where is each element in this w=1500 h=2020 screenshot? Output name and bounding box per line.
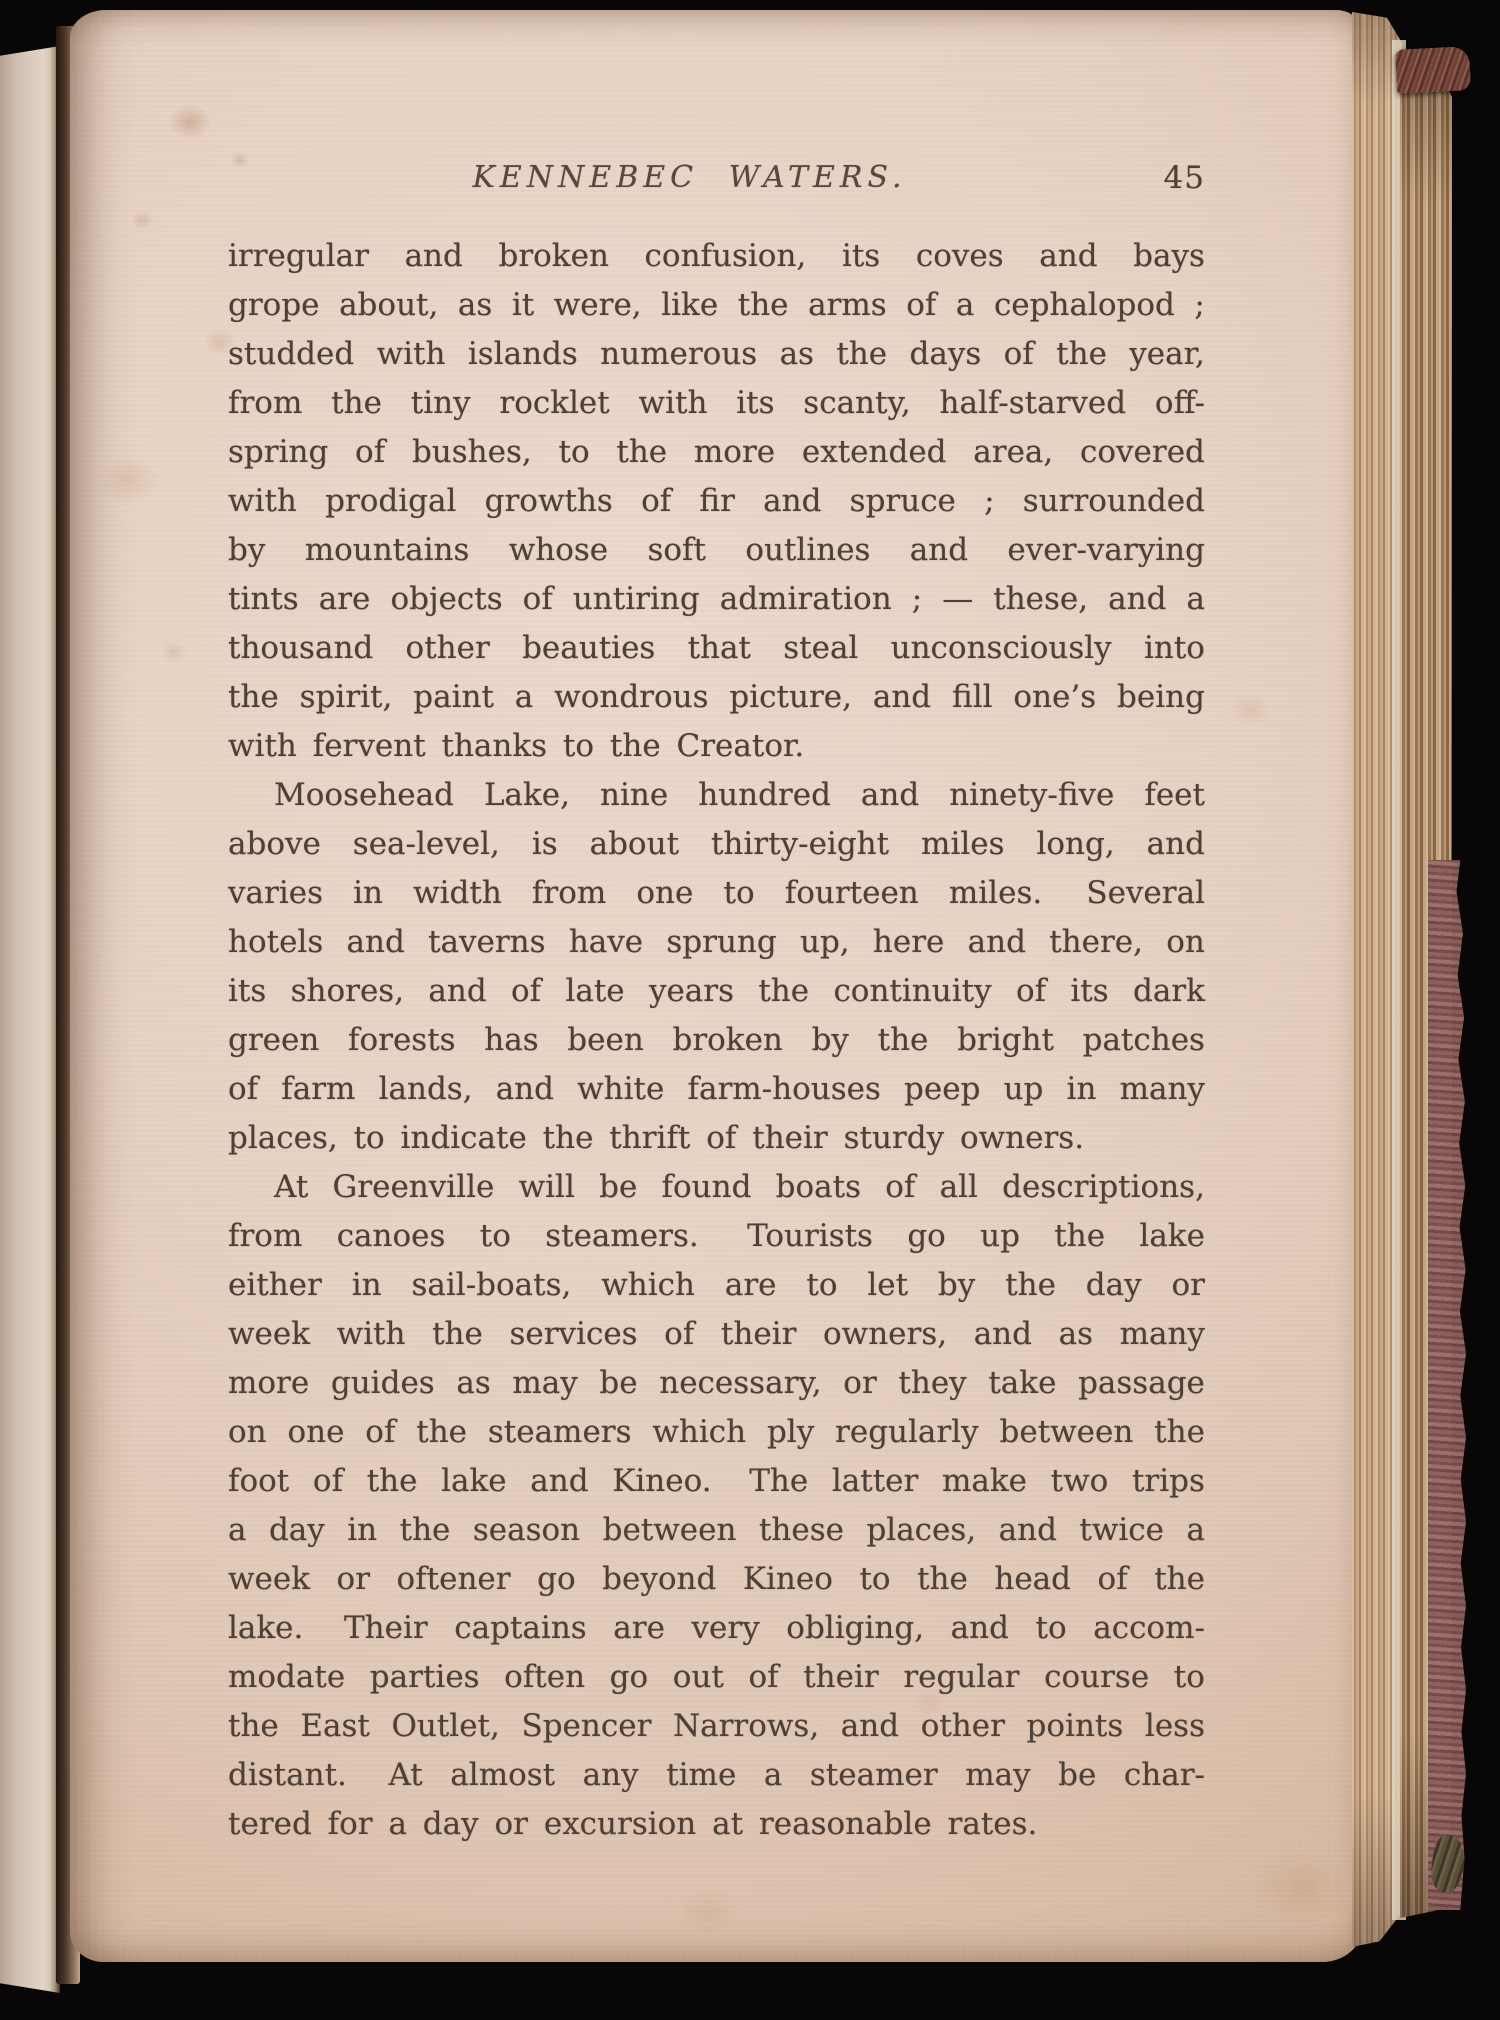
- text-line: tered for a day or excursion at reasonab…: [228, 1800, 1205, 1849]
- word: in: [353, 869, 383, 918]
- word: and: [861, 771, 919, 820]
- facing-page-edge: [0, 46, 60, 1993]
- word: like: [661, 281, 718, 330]
- word: obliging,: [786, 1604, 924, 1653]
- word: between: [1000, 1408, 1134, 1457]
- word: of: [228, 1065, 258, 1114]
- word: taverns: [428, 918, 546, 967]
- word: to: [1036, 1604, 1067, 1653]
- word: year,: [1129, 330, 1205, 379]
- word: week: [228, 1555, 310, 1604]
- text-line: gropeabout,asitwere,likethearmsofacephal…: [228, 281, 1205, 330]
- text-line: greenforestshasbeenbrokenbythebrightpatc…: [228, 1016, 1205, 1065]
- word: into: [1144, 624, 1205, 673]
- word: were,: [554, 281, 642, 330]
- word: nine: [600, 771, 668, 820]
- word: Kineo: [743, 1555, 833, 1604]
- word: Lake,: [484, 771, 570, 820]
- word: of: [1004, 330, 1034, 379]
- word: take: [988, 1359, 1056, 1408]
- word: At: [388, 1751, 422, 1800]
- word: of: [313, 1457, 343, 1506]
- text-line: eitherinsail-boats,whicharetoletbytheday…: [228, 1261, 1205, 1310]
- word: the: [1154, 1555, 1205, 1604]
- word: are: [725, 1261, 777, 1310]
- word: more: [694, 428, 775, 477]
- word: passage: [1078, 1359, 1205, 1408]
- word: out: [673, 1653, 724, 1702]
- word: the: [878, 1016, 929, 1065]
- word: may: [512, 1359, 577, 1408]
- word: paint: [413, 673, 494, 722]
- text-line: thespirit,paintawondrouspicture,andfillo…: [228, 673, 1205, 722]
- word: the: [616, 428, 667, 477]
- word: or: [843, 1359, 876, 1408]
- word: rocklet: [499, 379, 609, 428]
- word: parties: [370, 1653, 480, 1702]
- word: confusion,: [645, 232, 807, 281]
- word: between: [603, 1506, 737, 1555]
- word: lake: [441, 1457, 507, 1506]
- word: to: [558, 428, 589, 477]
- word: Narrows,: [673, 1702, 819, 1751]
- word: from: [228, 1212, 302, 1261]
- word: one: [636, 869, 693, 918]
- word: be: [599, 1359, 637, 1408]
- word: these,: [993, 575, 1088, 624]
- word: days: [910, 330, 982, 379]
- word: the: [432, 1310, 483, 1359]
- word: may: [965, 1751, 1030, 1800]
- word: the: [738, 281, 789, 330]
- word: its: [1070, 967, 1108, 1016]
- word: by: [812, 1016, 849, 1065]
- word: a: [956, 281, 974, 330]
- word: fill: [952, 673, 993, 722]
- word: services: [509, 1310, 637, 1359]
- word: the: [228, 1702, 279, 1751]
- word: on: [228, 1408, 267, 1457]
- word: by: [938, 1261, 975, 1310]
- word: points: [1027, 1702, 1124, 1751]
- word: of: [355, 428, 385, 477]
- text-line: fromthetinyrockletwithitsscanty,half-sta…: [228, 379, 1205, 428]
- word: to: [806, 1261, 837, 1310]
- word: of: [641, 477, 671, 526]
- word: trips: [1132, 1457, 1205, 1506]
- text-line: lake.Theircaptainsareveryobliging,andtoa…: [228, 1604, 1205, 1653]
- word: and: [763, 477, 821, 526]
- word: and: [530, 1457, 588, 1506]
- word: lake: [1139, 1212, 1205, 1261]
- word: the: [416, 1408, 467, 1457]
- word: fir: [699, 477, 735, 526]
- word: with: [337, 1310, 406, 1359]
- word: of: [664, 1310, 694, 1359]
- word: and: [1108, 575, 1166, 624]
- word: two: [1051, 1457, 1109, 1506]
- word: East: [300, 1702, 369, 1751]
- word: Spencer: [521, 1702, 651, 1751]
- word: are: [319, 575, 371, 624]
- word: green: [228, 1016, 319, 1065]
- text-line: weekwiththeservicesoftheirowners,andasma…: [228, 1310, 1205, 1359]
- word: often: [504, 1653, 585, 1702]
- word: a: [515, 673, 533, 722]
- word: thousand: [228, 624, 373, 673]
- word: the: [367, 1457, 418, 1506]
- word: the: [331, 379, 382, 428]
- word: as: [456, 1359, 490, 1408]
- word: years: [649, 967, 734, 1016]
- word: places,: [866, 1506, 976, 1555]
- word: Greenville: [333, 1163, 495, 1212]
- word: and: [951, 1604, 1009, 1653]
- word: foot: [228, 1457, 289, 1506]
- word: extended: [802, 428, 947, 477]
- word: ;: [912, 575, 922, 624]
- word: other: [921, 1702, 1005, 1751]
- word: of: [1098, 1555, 1128, 1604]
- book-page: KENNEBEC WATERS. 45 irregularandbrokenco…: [70, 10, 1362, 1962]
- word: the: [1154, 1408, 1205, 1457]
- word: from: [532, 869, 606, 918]
- word: necessary,: [659, 1359, 821, 1408]
- word: with: [377, 330, 446, 379]
- word: here: [873, 918, 944, 967]
- word: fourteen: [785, 869, 919, 918]
- word: bays: [1133, 232, 1205, 281]
- text-line: studdedwithislandsnumerousasthedaysofthe…: [228, 330, 1205, 379]
- word: boats: [776, 1163, 861, 1212]
- word: a: [764, 1751, 782, 1800]
- word: lake.: [228, 1604, 303, 1653]
- word: their: [803, 1653, 879, 1702]
- word: with: [639, 379, 708, 428]
- word: up: [980, 1212, 1020, 1261]
- text-line: withprodigalgrowthsoffirandspruce;surrou…: [228, 477, 1205, 526]
- word: and: [999, 1506, 1057, 1555]
- word: and: [841, 1702, 899, 1751]
- word: ;: [1194, 281, 1204, 330]
- word: one’s: [1013, 673, 1096, 722]
- word: continuity: [833, 967, 991, 1016]
- word: on: [1166, 918, 1205, 967]
- word: tints: [228, 575, 299, 624]
- word: studded: [228, 330, 354, 379]
- word: either: [228, 1261, 322, 1310]
- word: that: [688, 624, 751, 673]
- word: and: [496, 1065, 554, 1114]
- text-line: itsshores,andoflateyearsthecontinuityofi…: [228, 967, 1205, 1016]
- word: miles.: [949, 869, 1042, 918]
- word: found: [662, 1163, 752, 1212]
- word: from: [228, 379, 302, 428]
- word: twice: [1079, 1506, 1164, 1555]
- word: the: [1056, 330, 1107, 379]
- word: and: [910, 526, 968, 575]
- word: of: [885, 1163, 915, 1212]
- running-head: KENNEBEC WATERS. 45: [228, 156, 1205, 200]
- word: its: [228, 967, 266, 1016]
- word: broken: [498, 232, 608, 281]
- word: steamers.: [545, 1212, 699, 1261]
- word: a: [1186, 1506, 1204, 1555]
- text-line: distant.Atalmostanytimeasteamermaybechar…: [228, 1751, 1205, 1800]
- text-line: abovesea-level,isaboutthirty-eightmilesl…: [228, 820, 1205, 869]
- word: oftener: [397, 1555, 511, 1604]
- word: to: [859, 1555, 890, 1604]
- word: to: [1174, 1653, 1205, 1702]
- word: sail-boats,: [411, 1261, 571, 1310]
- word: head: [994, 1555, 1071, 1604]
- word: islands: [468, 330, 578, 379]
- word: outlines: [745, 526, 870, 575]
- word: other: [406, 624, 490, 673]
- word: is: [532, 820, 558, 869]
- word: its: [842, 232, 880, 281]
- page-edges-highlight: [1392, 40, 1406, 1920]
- word: —: [942, 575, 973, 624]
- word: the: [836, 330, 887, 379]
- word: week: [228, 1310, 310, 1359]
- word: a: [1186, 575, 1204, 624]
- word: of: [365, 1408, 395, 1457]
- word: scanty,: [803, 379, 910, 428]
- word: the: [1005, 1261, 1056, 1310]
- word: shores,: [291, 967, 404, 1016]
- word: steamers: [488, 1408, 632, 1457]
- word: being: [1117, 673, 1205, 722]
- word: very: [692, 1604, 760, 1653]
- word: go: [907, 1212, 946, 1261]
- word: feet: [1144, 771, 1205, 820]
- book-cover-cloth-edge: [1428, 860, 1466, 1910]
- text-line: AtGreenvillewillbefoundboatsofalldescrip…: [228, 1163, 1205, 1212]
- word: and: [428, 967, 486, 1016]
- word: Outlet,: [391, 1702, 499, 1751]
- word: go: [537, 1555, 576, 1604]
- word: late: [565, 967, 624, 1016]
- word: any: [583, 1751, 639, 1800]
- word: many: [1120, 1065, 1205, 1114]
- word: patches: [1083, 1016, 1205, 1065]
- word: and: [968, 918, 1026, 967]
- word: forests: [348, 1016, 456, 1065]
- word: dark: [1133, 967, 1205, 1016]
- word: width: [413, 869, 502, 918]
- text-line: with fervent thanks to the Creator.: [228, 722, 1205, 771]
- text-line: offarmlands,andwhitefarm-housespeepupinm…: [228, 1065, 1205, 1114]
- word: let: [867, 1261, 908, 1310]
- word: of: [511, 967, 541, 1016]
- word: white: [577, 1065, 664, 1114]
- text-line: ononeofthesteamerswhichplyregularlybetwe…: [228, 1408, 1205, 1457]
- word: one: [287, 1408, 344, 1457]
- word: growths: [485, 477, 613, 526]
- running-head-title: KENNEBEC WATERS.: [228, 156, 1205, 200]
- word: or: [337, 1555, 370, 1604]
- word: be: [1058, 1751, 1096, 1800]
- word: At: [274, 1163, 308, 1212]
- word: long,: [1036, 820, 1114, 869]
- word: captains: [454, 1604, 586, 1653]
- word: of: [748, 1653, 778, 1702]
- word: whose: [509, 526, 608, 575]
- word: more: [228, 1359, 309, 1408]
- word: they: [898, 1359, 966, 1408]
- word: up: [1004, 1065, 1044, 1114]
- word: which: [601, 1261, 695, 1310]
- word: soft: [647, 526, 706, 575]
- word: ninety-five: [949, 771, 1114, 820]
- word: of: [523, 575, 553, 624]
- text-line: springofbushes,tothemoreextendedarea,cov…: [228, 428, 1205, 477]
- word: day: [1086, 1261, 1142, 1310]
- text-line: modatepartiesoftengooutoftheirregularcou…: [228, 1653, 1205, 1702]
- word: char-: [1124, 1751, 1205, 1800]
- word: been: [567, 1016, 644, 1065]
- word: all: [940, 1163, 978, 1212]
- word: beauties: [522, 624, 655, 673]
- word: to: [723, 869, 754, 918]
- word: Moosehead: [274, 771, 454, 820]
- word: of: [906, 281, 936, 330]
- word: are: [613, 1604, 665, 1653]
- word: admiration: [720, 575, 892, 624]
- word: descriptions,: [1002, 1163, 1205, 1212]
- word: by: [228, 526, 265, 575]
- word: beyond: [602, 1555, 716, 1604]
- word: the: [917, 1555, 968, 1604]
- word: farm-houses: [688, 1065, 881, 1114]
- book-cover-corner: [1395, 46, 1471, 94]
- word: spruce: [850, 477, 956, 526]
- word: Their: [344, 1604, 428, 1653]
- word: the: [228, 673, 279, 722]
- word: up,: [800, 918, 850, 967]
- word: objects: [390, 575, 502, 624]
- word: time: [666, 1751, 736, 1800]
- word: the: [758, 967, 809, 1016]
- text-line: moreguidesasmaybenecessary,ortheytakepas…: [228, 1359, 1205, 1408]
- page-number: 45: [1164, 156, 1205, 200]
- word: or: [1171, 1261, 1204, 1310]
- text-line: fromcanoestosteamers.Touristsgoupthelake: [228, 1212, 1205, 1261]
- word: about: [590, 820, 679, 869]
- word: bushes,: [412, 428, 532, 477]
- word: almost: [450, 1751, 555, 1800]
- word: Kineo.: [612, 1457, 711, 1506]
- word: arms: [808, 281, 887, 330]
- word: peep: [904, 1065, 980, 1114]
- word: wondrous: [554, 673, 708, 722]
- word: in: [347, 1506, 377, 1555]
- word: miles: [921, 820, 1004, 869]
- text-line: variesinwidthfromonetofourteenmiles.Seve…: [228, 869, 1205, 918]
- word: less: [1145, 1702, 1205, 1751]
- text-line: footofthelakeandKineo.Thelattermaketwotr…: [228, 1457, 1205, 1506]
- word: the: [400, 1506, 451, 1555]
- book-photo: KENNEBEC WATERS. 45 irregularandbrokenco…: [0, 0, 1500, 2020]
- word: has: [484, 1016, 538, 1065]
- word: steamer: [810, 1751, 938, 1800]
- word: accom-: [1093, 1604, 1205, 1653]
- text-line: bymountainswhosesoftoutlinesandever-vary…: [228, 526, 1205, 575]
- word: hundred: [698, 771, 831, 820]
- word: half-starved: [940, 379, 1127, 428]
- word: there,: [1049, 918, 1143, 967]
- word: and: [974, 1310, 1032, 1359]
- text-line: tintsareobjectsofuntiringadmiration;—the…: [228, 575, 1205, 624]
- word: spirit,: [300, 673, 393, 722]
- word: varies: [228, 869, 323, 918]
- word: numerous: [600, 330, 757, 379]
- word: their: [721, 1310, 797, 1359]
- word: a: [228, 1506, 246, 1555]
- word: Several: [1086, 869, 1205, 918]
- word: to: [480, 1212, 511, 1261]
- word: cephalopod: [994, 281, 1175, 330]
- word: and: [347, 918, 405, 967]
- text-line: theEastOutlet,SpencerNarrows,andotherpoi…: [228, 1702, 1205, 1751]
- word: canoes: [337, 1212, 446, 1261]
- word: day: [269, 1506, 325, 1555]
- word: unconsciously: [891, 624, 1112, 673]
- word: as: [1059, 1310, 1093, 1359]
- word: thirty-eight: [711, 820, 889, 869]
- word: and: [1147, 820, 1205, 869]
- word: owners,: [823, 1310, 947, 1359]
- word: untiring: [573, 575, 700, 624]
- word: ever-varying: [1007, 526, 1205, 575]
- word: coves: [916, 232, 1004, 281]
- word: hotels: [228, 918, 323, 967]
- word: it: [512, 281, 534, 330]
- word: in: [1067, 1065, 1097, 1114]
- word: distant.: [228, 1751, 347, 1800]
- word: prodigal: [325, 477, 456, 526]
- word: latter: [832, 1457, 918, 1506]
- text-line: MooseheadLake,ninehundredandninety-fivef…: [228, 771, 1205, 820]
- word: area,: [973, 428, 1053, 477]
- word: Tourists: [747, 1212, 873, 1261]
- text-line: places, to indicate the thrift of their …: [228, 1114, 1205, 1163]
- word: steal: [783, 624, 858, 673]
- word: will: [519, 1163, 575, 1212]
- word: and: [405, 232, 463, 281]
- word: make: [942, 1457, 1027, 1506]
- word: off-: [1155, 379, 1205, 428]
- word: with: [228, 477, 297, 526]
- word: The: [749, 1457, 808, 1506]
- word: modate: [228, 1653, 345, 1702]
- word: spring: [228, 428, 328, 477]
- word: ;: [984, 477, 994, 526]
- text-line: thousandotherbeautiesthatstealunconsciou…: [228, 624, 1205, 673]
- word: have: [569, 918, 643, 967]
- word: ply: [767, 1408, 814, 1457]
- word: bright: [957, 1016, 1054, 1065]
- word: course: [1044, 1653, 1149, 1702]
- word: about,: [339, 281, 438, 330]
- word: many: [1120, 1310, 1205, 1359]
- word: surrounded: [1023, 477, 1205, 526]
- word: the: [1054, 1212, 1105, 1261]
- word: irregular: [228, 232, 369, 281]
- word: mountains: [305, 526, 470, 575]
- word: regular: [903, 1653, 1019, 1702]
